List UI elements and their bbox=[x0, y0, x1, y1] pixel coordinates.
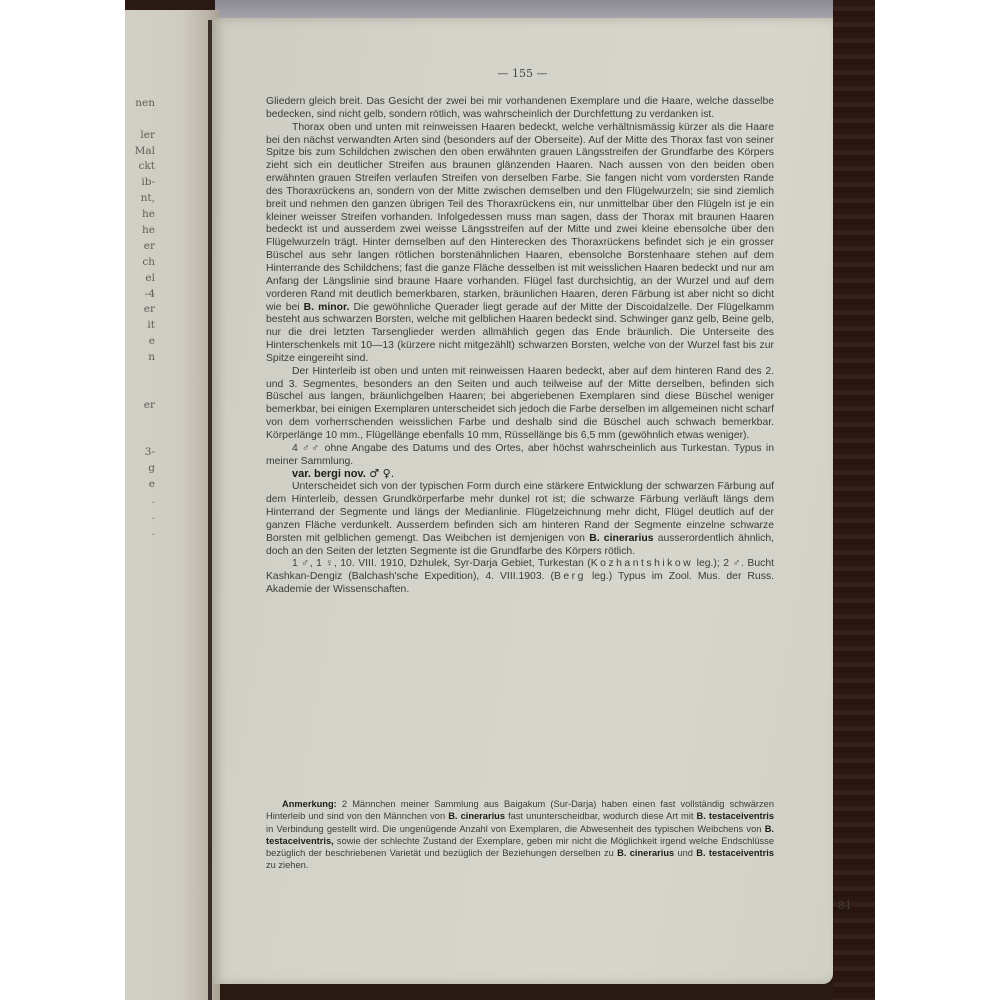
left-line-fragment: . bbox=[125, 509, 155, 525]
bold-taxon: B. testaceiventris bbox=[697, 811, 774, 821]
text-run: Der Hinterleib ist oben und unten mit re… bbox=[266, 366, 774, 441]
left-line-fragment: er bbox=[125, 239, 155, 255]
left-line-fragment bbox=[125, 366, 155, 382]
background-cloth bbox=[215, 0, 875, 20]
left-line-fragment: 3- bbox=[125, 445, 155, 461]
left-line-fragment: e bbox=[125, 477, 155, 493]
left-page-text-fragment: nenlerMalcktib-nt,heheerchel-4eritener3-… bbox=[125, 80, 155, 541]
wooden-table-edge bbox=[833, 0, 875, 1000]
left-line-fragment: nt, bbox=[125, 191, 155, 207]
left-line-fragment: ib- bbox=[125, 175, 155, 191]
bold-taxon: B. testaceiventris bbox=[696, 848, 774, 858]
body-text: Gliedern gleich breit. Das Gesicht der z… bbox=[266, 96, 774, 597]
left-line-fragment: n bbox=[125, 350, 155, 366]
left-line-fragment bbox=[125, 414, 155, 430]
text-run: fast ununterscheidbar, wodurch diese Art… bbox=[505, 811, 697, 821]
paragraph: 4 ♂♂ ohne Angabe des Datums und des Orte… bbox=[266, 443, 774, 469]
left-line-fragment: -4 bbox=[125, 287, 155, 303]
bold-taxon: B. cinerarius bbox=[448, 811, 505, 821]
left-line-fragment: nen bbox=[125, 96, 155, 112]
right-page: — 155 — Gliedern gleich breit. Das Gesic… bbox=[212, 18, 833, 984]
paragraph: Thorax oben und unten mit reinweissen Ha… bbox=[266, 122, 774, 366]
left-line-fragment: el bbox=[125, 271, 155, 287]
left-line-fragment: er bbox=[125, 398, 155, 414]
sex-symbols: ♂ ♀. bbox=[366, 467, 394, 480]
footnote-anmerkung: Anmerkung: 2 Männchen meiner Sammlung au… bbox=[266, 798, 774, 872]
left-line-fragment: . bbox=[125, 493, 155, 509]
left-line-fragment: e bbox=[125, 334, 155, 350]
left-line-fragment: er bbox=[125, 302, 155, 318]
left-line-fragment: ch bbox=[125, 255, 155, 271]
bold-taxon: Anmerkung: bbox=[282, 799, 337, 809]
variety-name: var. bergi nov. bbox=[292, 468, 366, 480]
text-run: 4 ♂♂ ohne Angabe des Datums und des Orte… bbox=[266, 443, 774, 467]
running-head: — 155 — bbox=[212, 67, 833, 80]
bold-taxon: B. cinerarius bbox=[617, 848, 674, 858]
text-run: Thorax oben und unten mit reinweissen Ha… bbox=[266, 122, 774, 313]
left-line-fragment: ckt bbox=[125, 159, 155, 175]
left-line-fragment bbox=[125, 80, 155, 96]
paragraph: Unterscheidet sich von der typischen For… bbox=[266, 481, 774, 558]
left-line-fragment: it bbox=[125, 318, 155, 334]
bold-taxon: B. minor. bbox=[304, 302, 350, 313]
variety-heading: var. bergi nov. ♂ ♀. bbox=[266, 468, 774, 481]
left-line-fragment: . bbox=[125, 525, 155, 541]
left-line-fragment: he bbox=[125, 207, 155, 223]
left-line-fragment bbox=[125, 112, 155, 128]
text-run: 1 ♂, 1 ♀, 10. VIII. 1910, Dzhulek, Syr-D… bbox=[292, 558, 591, 569]
description-paragraphs: Gliedern gleich breit. Das Gesicht der z… bbox=[266, 96, 774, 468]
note-text: Anmerkung: 2 Männchen meiner Sammlung au… bbox=[266, 798, 774, 872]
left-facing-page: nenlerMalcktib-nt,heheerchel-4eritener3-… bbox=[125, 10, 220, 1000]
collector-name: Berg bbox=[554, 571, 586, 582]
paragraph: Der Hinterleib ist oben und unten mit re… bbox=[266, 366, 774, 443]
text-run: und bbox=[674, 848, 696, 858]
page-number: 81 bbox=[838, 899, 852, 912]
left-line-fragment: he bbox=[125, 223, 155, 239]
book-photo: nenlerMalcktib-nt,heheerchel-4eritener3-… bbox=[125, 0, 875, 1000]
text-run: zu ziehen. bbox=[266, 860, 308, 870]
left-line-fragment: Mal bbox=[125, 144, 155, 160]
text-run: in Verbindung gestellt wird. Die ungenüg… bbox=[266, 824, 765, 834]
collector-name: Kozhantshikow bbox=[591, 558, 693, 569]
left-line-fragment: ler bbox=[125, 128, 155, 144]
left-line-fragment bbox=[125, 382, 155, 398]
text-run: Gliedern gleich breit. Das Gesicht der z… bbox=[266, 96, 774, 120]
left-line-fragment: g bbox=[125, 461, 155, 477]
paragraph: 1 ♂, 1 ♀, 10. VIII. 1910, Dzhulek, Syr-D… bbox=[266, 558, 774, 597]
left-line-fragment bbox=[125, 430, 155, 446]
paragraph: Gliedern gleich breit. Das Gesicht der z… bbox=[266, 96, 774, 122]
variety-paragraphs: Unterscheidet sich von der typischen For… bbox=[266, 481, 774, 597]
bold-taxon: B. cinerarius bbox=[589, 533, 653, 544]
